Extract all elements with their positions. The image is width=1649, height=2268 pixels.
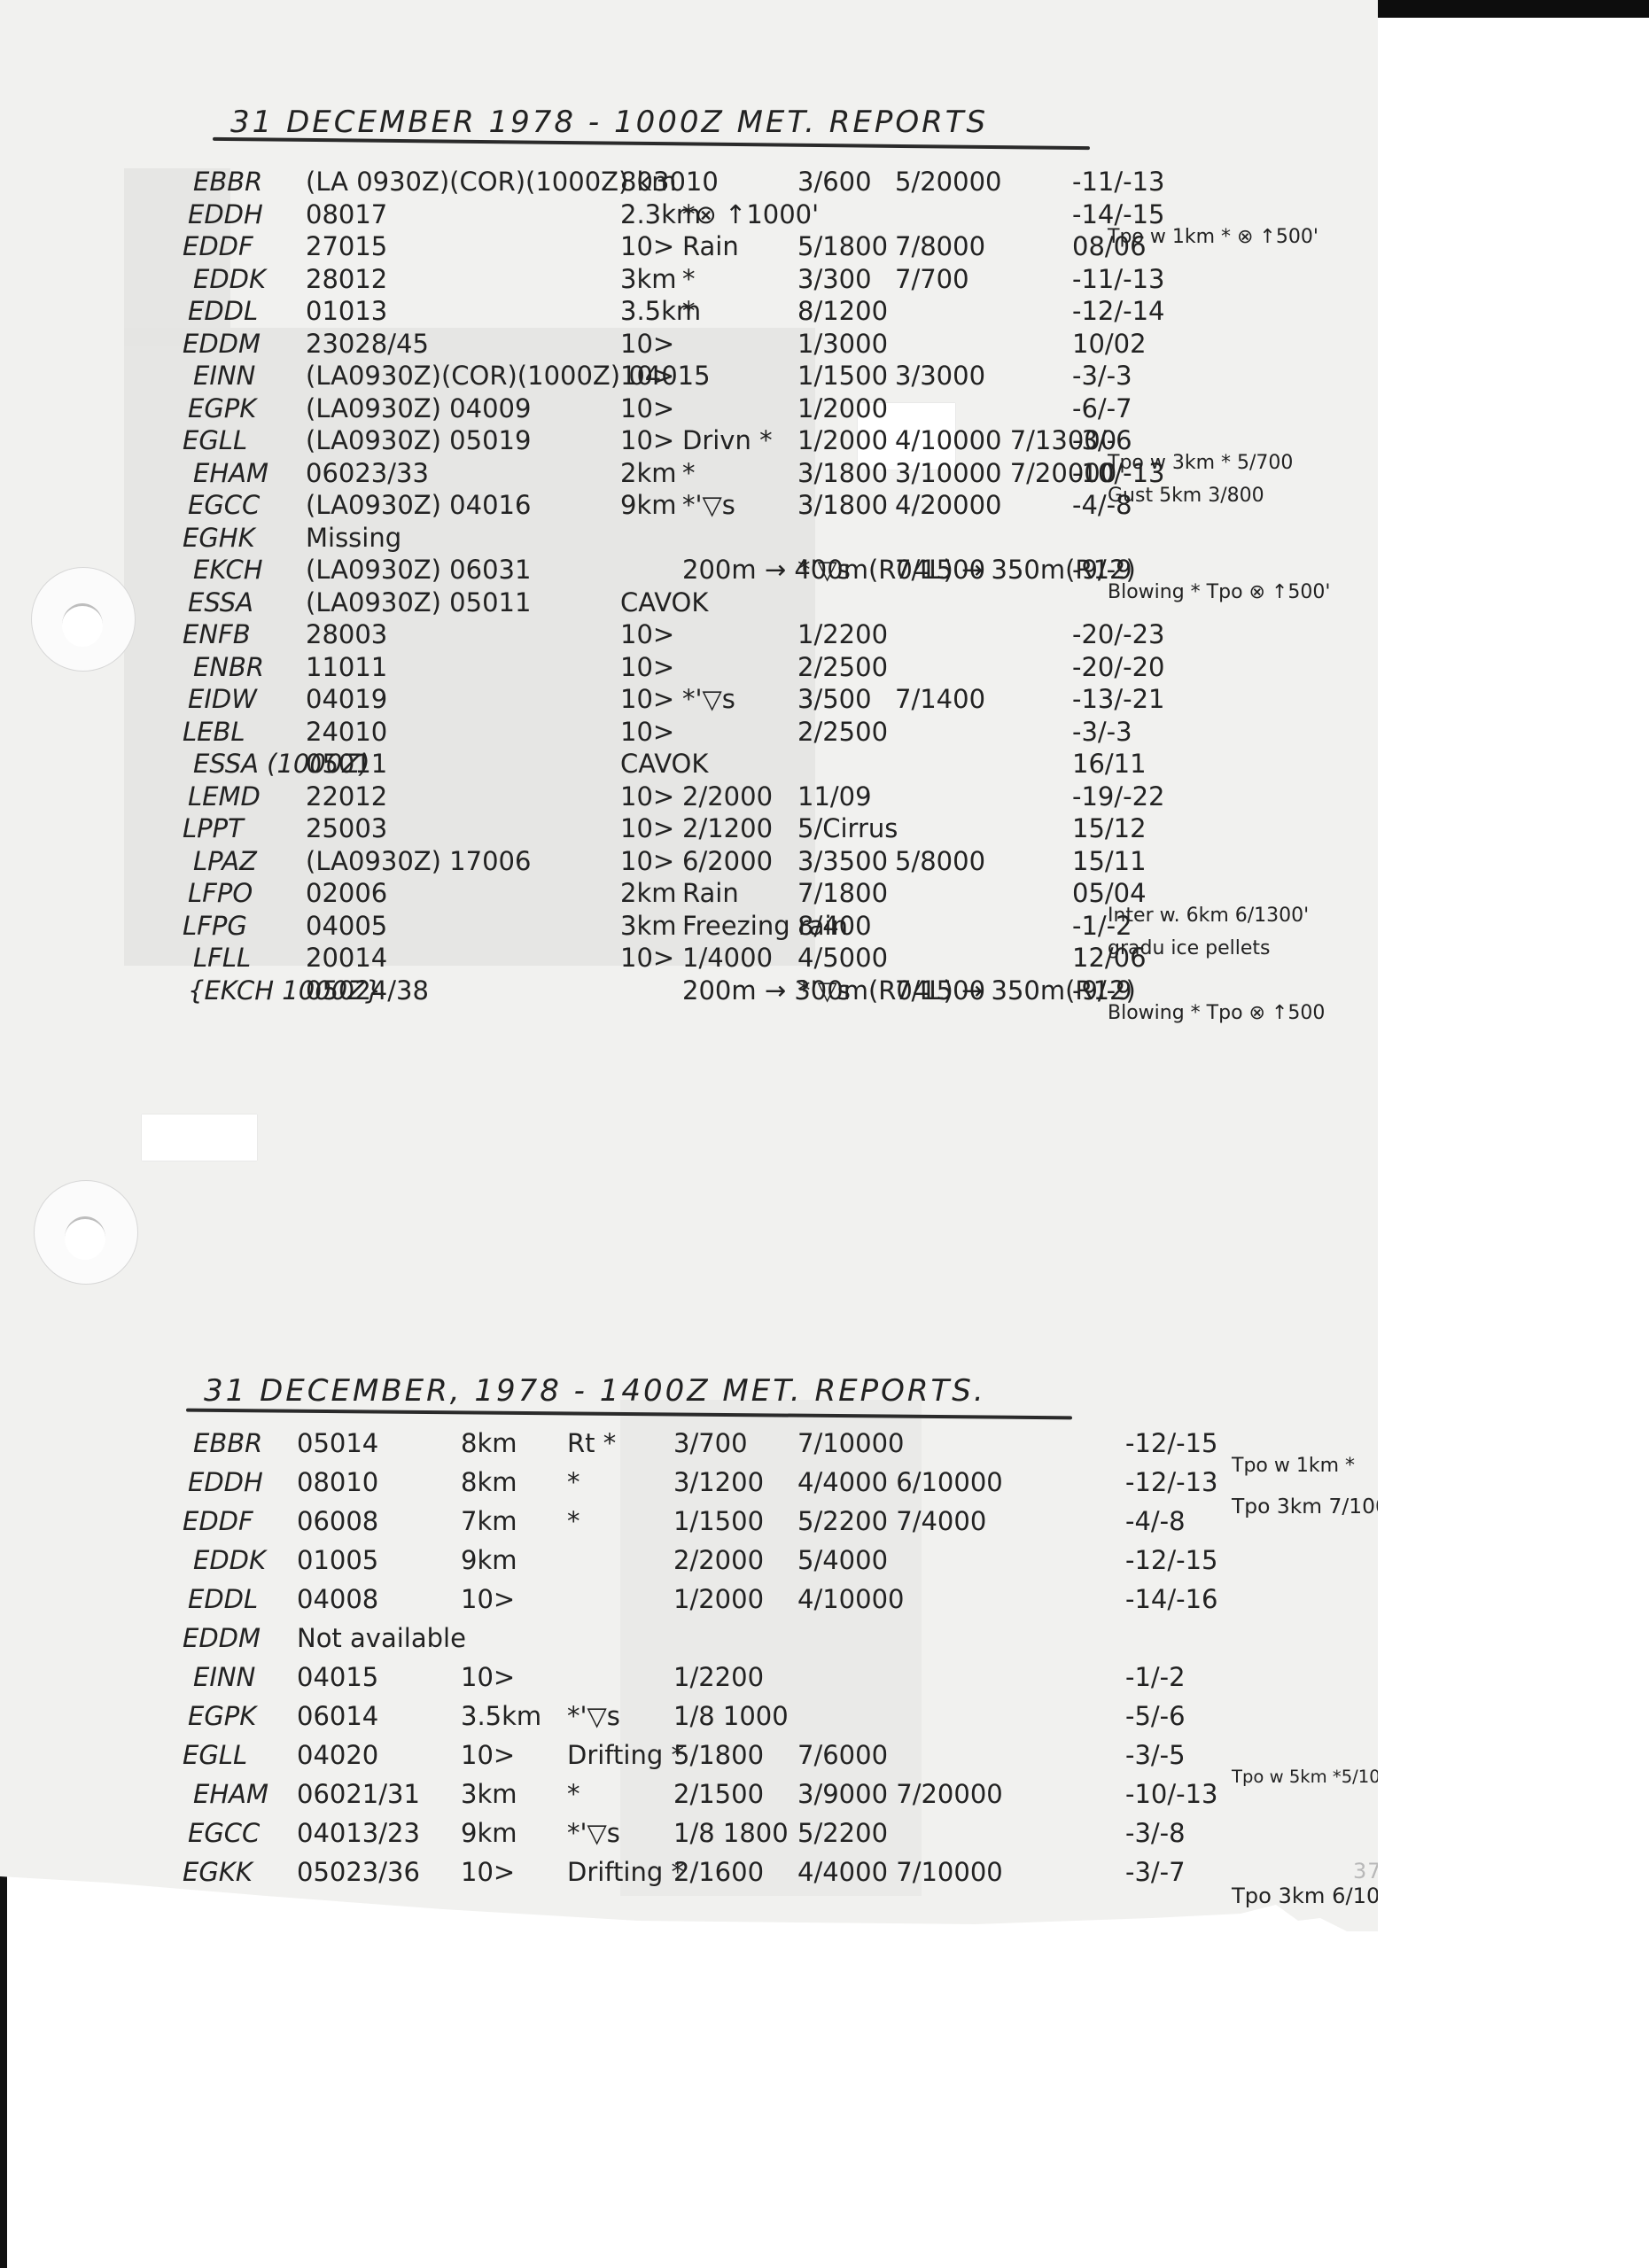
report-field: Rt * — [567, 1428, 616, 1458]
report-field: 7/1800 — [797, 878, 888, 908]
station-code: EDDL — [188, 296, 258, 326]
report-field: 5/4000 — [797, 1545, 888, 1575]
report-field: 1/1500 — [797, 361, 888, 391]
report-field: 1/2000 — [673, 1584, 764, 1614]
report-row: EKCH(LA0930Z) 06031200m → 400m(R04L) → 3… — [0, 555, 1378, 590]
report-field: 7/700 — [895, 264, 969, 294]
report-row: EBBR(LA 0930Z)(COR)(1000Z) 030108km3/600… — [0, 167, 1378, 202]
report-row: EDDM23028/4510>1/300010/02 — [0, 329, 1378, 364]
report-field: 2/2000 — [673, 1545, 764, 1575]
report-field: 05023/36 — [297, 1857, 420, 1887]
report-row: EGPK060143.5km*'▽s1/8 1000-5/-6 — [0, 1701, 1378, 1736]
report-row: LEMD2201210>2/200011/09-19/-22 — [0, 781, 1378, 817]
station-code: EINN — [193, 1662, 255, 1692]
report-field: 10/02 — [1072, 329, 1147, 359]
report-field: -12/-14 — [1072, 296, 1165, 326]
report-field: Drivn * — [682, 425, 773, 455]
report-field: -12/-15 — [1125, 1428, 1218, 1458]
report-field: 11/09 — [797, 781, 872, 812]
station-code: EGCC — [188, 490, 260, 520]
station-code: EINN — [193, 361, 255, 391]
report-field: -3/-8 — [1125, 1818, 1186, 1848]
report-field: -4/-8 — [1125, 1506, 1186, 1536]
report-field: 7/8000 — [895, 231, 985, 261]
station-code: EDDF — [183, 231, 253, 261]
report-field: * — [567, 1467, 580, 1497]
report-row: EGCC(LA0930Z) 040169km*'▽s3/18004/20000-… — [0, 490, 1378, 525]
report-field: CAVOK — [620, 587, 708, 617]
station-code: LFPO — [188, 878, 253, 908]
report-field: 5/8000 — [895, 846, 985, 876]
station-code: LPAZ — [193, 846, 257, 876]
station-code: EBBR — [193, 167, 262, 197]
report-field: 1/8 1000 — [673, 1701, 789, 1731]
report-field: Not available — [297, 1623, 466, 1653]
report-field: *⊗ ↑1000' — [682, 199, 819, 229]
station-code: LFLL — [193, 943, 251, 973]
report-field: -3/-7 — [1125, 1857, 1186, 1887]
report-field: 9km — [620, 490, 677, 520]
station-code: EIDW — [188, 684, 257, 714]
report-field: 3km — [620, 911, 677, 941]
report-field: 7km — [461, 1506, 517, 1536]
report-field: 2km — [620, 458, 677, 488]
report-field: 4/5000 — [797, 943, 888, 973]
report-row: EGLL0402010>Drifting *5/18007/6000-3/-5T… — [0, 1740, 1378, 1775]
report-field: 6/2000 — [682, 846, 773, 876]
report-field: 10> — [620, 329, 674, 359]
report-field: -12/-15 — [1125, 1545, 1218, 1575]
station-code: EGHK — [183, 523, 255, 553]
station-code: EKCH — [193, 555, 263, 585]
report-field: 7/1500 — [895, 975, 985, 1006]
report-field: 10> — [620, 813, 674, 843]
report-field: -6/-7 — [1072, 393, 1132, 423]
report-field: 10> — [620, 619, 674, 649]
report-field: 20014 — [306, 943, 387, 973]
report-field: 10> — [461, 1584, 515, 1614]
report-field: 23028/45 — [306, 329, 429, 359]
report-field: 3/1800 — [797, 490, 888, 520]
report-field: * — [682, 264, 696, 294]
report-row: EDDK280123km*3/3007/700-11/-13 — [0, 264, 1378, 299]
station-code: LFPG — [183, 911, 247, 941]
report-field: 8km — [461, 1467, 517, 1497]
report-field: 01005 — [297, 1545, 378, 1575]
report-row: EGHKMissing — [0, 523, 1378, 558]
report-row: LFPO020062kmRain7/180005/04Inter w. 6km … — [0, 878, 1378, 913]
report-field: -3/-6 — [1072, 425, 1132, 455]
report-field: 8km — [461, 1428, 517, 1458]
report-field: 10> — [461, 1662, 515, 1692]
report-field: 1/8 1800 — [673, 1818, 789, 1848]
report-field: 2/2000 — [682, 781, 773, 812]
report-field: 10> — [461, 1857, 515, 1887]
report-field: -10/-13 — [1125, 1779, 1218, 1809]
scanner-edge — [1378, 0, 1649, 18]
station-code: EDDM — [183, 1623, 261, 1653]
report-row: EHAM06021/313km*2/15003/9000 7/20000-10/… — [0, 1779, 1378, 1814]
report-field: 3km — [620, 264, 677, 294]
report-field: 8/1200 — [797, 296, 888, 326]
report-field: Drifting * — [567, 1857, 684, 1887]
report-field: 08010 — [297, 1467, 378, 1497]
report-field: 5/Cirrus — [797, 813, 898, 843]
report-field: 27015 — [306, 231, 387, 261]
report-field: 10> — [620, 652, 674, 682]
report-row: EHAM06023/332km*3/18003/10000 7/20000-10… — [0, 458, 1378, 493]
report-row: EINN(LA0930Z)(COR)(1000Z) 0401510>1/1500… — [0, 361, 1378, 396]
report-field: 06021/31 — [297, 1779, 420, 1809]
report-field: 3/3000 — [895, 361, 985, 391]
report-field: 06023/33 — [306, 458, 429, 488]
section-2-title: 31 DECEMBER, 1978 - 1400Z MET. REPORTS. — [204, 1373, 986, 1409]
report-field: 3/1800 — [797, 458, 888, 488]
report-field: Drifting * — [567, 1740, 684, 1770]
report-field: 04019 — [306, 684, 387, 714]
report-field: 4/4000 6/10000 — [797, 1467, 1003, 1497]
report-field: 8km — [620, 167, 677, 197]
report-field: 9km — [461, 1545, 517, 1575]
station-code: EGLL — [183, 1740, 247, 1770]
report-field: 04013/23 — [297, 1818, 420, 1848]
station-code: EDDH — [188, 1467, 263, 1497]
report-row: EDDF060087km*1/15005/2200 7/4000-4/-8 — [0, 1506, 1378, 1542]
report-field: -11/-13 — [1072, 167, 1165, 197]
report-field: * — [567, 1506, 580, 1536]
report-field: * — [567, 1779, 580, 1809]
report-field: Rain — [682, 878, 739, 908]
station-code: EHAM — [193, 458, 268, 488]
report-field: *'▽s — [567, 1701, 620, 1731]
report-row: LEBL2401010>2/2500-3/-3 — [0, 717, 1378, 752]
report-field: *'▽s — [797, 555, 851, 585]
report-field: -12/-13 — [1125, 1467, 1218, 1497]
report-row: ENBR1101110>2/2500-20/-20 — [0, 652, 1378, 687]
station-code: LEMD — [188, 781, 261, 812]
report-row: LPPT2500310>2/12005/Cirrus15/12 — [0, 813, 1378, 849]
report-field: 12/06 — [1072, 943, 1147, 973]
report-field: 8/400 — [797, 911, 872, 941]
station-code: EBBR — [193, 1428, 262, 1458]
report-field: (LA0930Z) 05011 — [306, 587, 531, 617]
report-field: -13/-21 — [1072, 684, 1165, 714]
report-row: EDDL010133.5km*8/1200-12/-14 — [0, 296, 1378, 331]
report-row: EGPK(LA0930Z) 0400910>1/2000-6/-7 — [0, 393, 1378, 429]
report-field: 02006 — [306, 878, 387, 908]
report-field: 22012 — [306, 781, 387, 812]
report-row: EGKK05023/3610>Drifting *2/16004/4000 7/… — [0, 1857, 1378, 1892]
report-field: -10/-13 — [1072, 458, 1165, 488]
station-code: EGCC — [188, 1818, 260, 1848]
report-field: 10> — [620, 943, 674, 973]
report-field: 15/12 — [1072, 813, 1147, 843]
report-field: 06014 — [297, 1701, 378, 1731]
report-field: 3/600 — [797, 167, 872, 197]
report-field: 5/2200 — [797, 1818, 888, 1848]
report-row: LPAZ(LA0930Z) 1700610>6/20003/35005/8000… — [0, 846, 1378, 882]
report-field: -3/-3 — [1072, 717, 1132, 747]
report-field: 01013 — [306, 296, 387, 326]
report-field: -5/-6 — [1125, 1701, 1186, 1731]
report-field: 11011 — [306, 652, 387, 682]
report-field: 3/300 — [797, 264, 872, 294]
report-row: ESSA(LA0930Z) 05011CAVOK — [0, 587, 1378, 623]
report-field: 05011 — [306, 749, 387, 779]
report-field: 08017 — [306, 199, 387, 229]
report-row: EDDH080172.3km*⊗ ↑1000'-14/-15Tpo w 1km … — [0, 199, 1378, 235]
section-1-title: 31 DECEMBER 1978 - 1000Z MET. REPORTS — [230, 105, 988, 140]
report-field: 04005 — [306, 911, 387, 941]
report-field: 7/6000 — [797, 1740, 888, 1770]
report-row: ESSA (1000Z)05011CAVOK16/11 — [0, 749, 1378, 784]
report-field: 3km — [461, 1779, 517, 1809]
station-code: EDDL — [188, 1584, 258, 1614]
report-field: CAVOK — [620, 749, 708, 779]
report-field: 10> — [620, 361, 674, 391]
report-field: 2/2500 — [797, 717, 888, 747]
report-field: 5/20000 — [895, 167, 1001, 197]
report-field: 16/11 — [1072, 749, 1147, 779]
report-field: (LA0930Z) 06031 — [306, 555, 531, 585]
report-field: 9km — [461, 1818, 517, 1848]
report-field: 3.5km — [461, 1701, 541, 1731]
report-field: 3/3500 — [797, 846, 888, 876]
station-code: EDDK — [193, 264, 266, 294]
report-field: 1/2000 — [797, 425, 888, 455]
report-field: 10> — [620, 717, 674, 747]
report-row: {EKCH 1000Z}05024/38200m → 300m(R04L) → … — [0, 975, 1378, 1011]
punch-hole-reinforcement — [34, 1180, 138, 1285]
report-field: 1/3000 — [797, 329, 888, 359]
report-field: * — [682, 458, 696, 488]
station-code: EGKK — [183, 1857, 253, 1887]
report-field: 28003 — [306, 619, 387, 649]
report-field: 3/500 — [797, 684, 872, 714]
page-number: 37 — [1353, 1859, 1382, 1884]
report-field: 15/11 — [1072, 846, 1147, 876]
report-field: 7/10000 — [797, 1428, 904, 1458]
report-field: 05/04 — [1072, 878, 1147, 908]
station-code: EGLL — [183, 425, 247, 455]
report-field: 10> — [620, 393, 674, 423]
correction-patch — [142, 1115, 257, 1161]
report-field: 4/20000 — [895, 490, 1001, 520]
station-code: ENBR — [193, 652, 264, 682]
station-code: EDDH — [188, 199, 263, 229]
report-field: -9/-9 — [1072, 555, 1132, 585]
report-field: 2/1600 — [673, 1857, 764, 1887]
report-field: 3/700 — [673, 1428, 748, 1458]
station-code: ENFB — [183, 619, 251, 649]
station-code: EGPK — [188, 393, 256, 423]
station-code: EHAM — [193, 1779, 268, 1809]
report-field: -3/-5 — [1125, 1740, 1186, 1770]
report-field: Rain — [682, 231, 739, 261]
report-row: EDDMNot available — [0, 1623, 1378, 1658]
report-field: (LA0930Z) 04016 — [306, 490, 531, 520]
report-row: EDDH080108km*3/12004/4000 6/10000-12/-13… — [0, 1467, 1378, 1503]
station-code: EDDK — [193, 1545, 266, 1575]
report-field: 4/4000 7/10000 — [797, 1857, 1003, 1887]
report-field: (LA0930Z) 17006 — [306, 846, 531, 876]
report-field: 2km — [620, 878, 677, 908]
report-field: 05014 — [297, 1428, 378, 1458]
report-field: 28012 — [306, 264, 387, 294]
report-field: 1/1500 — [673, 1506, 764, 1536]
report-field: 7/1400 — [895, 684, 985, 714]
report-field: 3/9000 7/20000 — [797, 1779, 1003, 1809]
report-field: 08/06 — [1072, 231, 1147, 261]
report-field: 10> — [620, 684, 674, 714]
station-code: LEBL — [183, 717, 245, 747]
report-field: 04015 — [297, 1662, 378, 1692]
report-field: 5/1800 — [797, 231, 888, 261]
report-field: -1/-2 — [1125, 1662, 1186, 1692]
report-field: 2/1500 — [673, 1779, 764, 1809]
report-field: 06008 — [297, 1506, 378, 1536]
station-code: LPPT — [183, 813, 244, 843]
report-field: -14/-16 — [1125, 1584, 1218, 1614]
report-field: 2/1200 — [682, 813, 773, 843]
report-field: * — [682, 296, 696, 326]
report-row: ENFB2800310>1/2200-20/-23 — [0, 619, 1378, 655]
report-row: EIDW0401910>*'▽s3/5007/1400-13/-21 — [0, 684, 1378, 719]
report-row: EDDL0400810>1/20004/10000-14/-16 — [0, 1584, 1378, 1619]
report-row: EDDF2701510>Rain5/18007/800008/06 — [0, 231, 1378, 267]
report-row: EGCC04013/239km*'▽s1/8 18005/2200-3/-8 — [0, 1818, 1378, 1853]
report-field: -14/-15 — [1072, 199, 1165, 229]
station-code: ESSA — [188, 587, 253, 617]
report-field: -3/-3 — [1072, 361, 1132, 391]
report-field: *'▽s — [567, 1818, 620, 1848]
report-field: -20/-20 — [1072, 652, 1165, 682]
report-field: 10> — [620, 781, 674, 812]
margin-annotation: Tpo 3km 6/1000 — [1232, 1884, 1407, 1908]
report-field: 4/10000 — [797, 1584, 904, 1614]
report-field: 1/4000 — [682, 943, 773, 973]
report-field: 3/1200 — [673, 1467, 764, 1497]
report-row: EBBR050148kmRt *3/7007/10000-12/-15Tpo w… — [0, 1428, 1378, 1464]
report-field: -4/-8 — [1072, 490, 1132, 520]
report-row: EDDK010059km2/20005/4000-12/-15 — [0, 1545, 1378, 1581]
report-field: 10> — [620, 231, 674, 261]
station-code: EDDM — [183, 329, 261, 359]
report-field: 7/1500 — [895, 555, 985, 585]
report-field: 1/2000 — [797, 393, 888, 423]
report-field: 10> — [620, 846, 674, 876]
report-field: 24010 — [306, 717, 387, 747]
report-field: -11/-13 — [1072, 264, 1165, 294]
station-code: EDDF — [183, 1506, 253, 1536]
report-field: 5/1800 — [673, 1740, 764, 1770]
report-field: -20/-23 — [1072, 619, 1165, 649]
report-row: EINN0401510>1/2200-1/-2 — [0, 1662, 1378, 1697]
report-field: -9/-9 — [1072, 975, 1132, 1006]
report-row: EGLL(LA0930Z) 0501910>Drivn *1/20004/100… — [0, 425, 1378, 461]
report-row: LFLL2001410>1/40004/500012/06 — [0, 943, 1378, 978]
report-field: 1/2200 — [797, 619, 888, 649]
report-field: -1/-2 — [1072, 911, 1132, 941]
report-field: 10> — [620, 425, 674, 455]
report-field: 5/2200 7/4000 — [797, 1506, 986, 1536]
station-code: EGPK — [188, 1701, 256, 1731]
report-field: *'▽s — [797, 975, 851, 1006]
report-row: LFPG040053kmFreezing rain8/400-1/-2gradu… — [0, 911, 1378, 946]
report-field: 04008 — [297, 1584, 378, 1614]
report-field: 25003 — [306, 813, 387, 843]
report-field: 1/2200 — [673, 1662, 764, 1692]
report-field: 10> — [461, 1740, 515, 1770]
margin-annotation: Blowing * Tpo ⊗ ↑500 — [1108, 1002, 1325, 1024]
report-field: 05024/38 — [306, 975, 429, 1006]
report-field: *'▽s — [682, 684, 735, 714]
report-field: -19/-22 — [1072, 781, 1165, 812]
report-field: (LA0930Z) 05019 — [306, 425, 531, 455]
scanner-edge-left — [0, 1876, 7, 2268]
report-field: 2/2500 — [797, 652, 888, 682]
report-field: (LA0930Z) 04009 — [306, 393, 531, 423]
handwritten-page: 31 DECEMBER 1978 - 1000Z MET. REPORTS EB… — [0, 0, 1378, 1931]
report-field: 04020 — [297, 1740, 378, 1770]
report-field: *'▽s — [682, 490, 735, 520]
report-field: Missing — [306, 523, 401, 553]
